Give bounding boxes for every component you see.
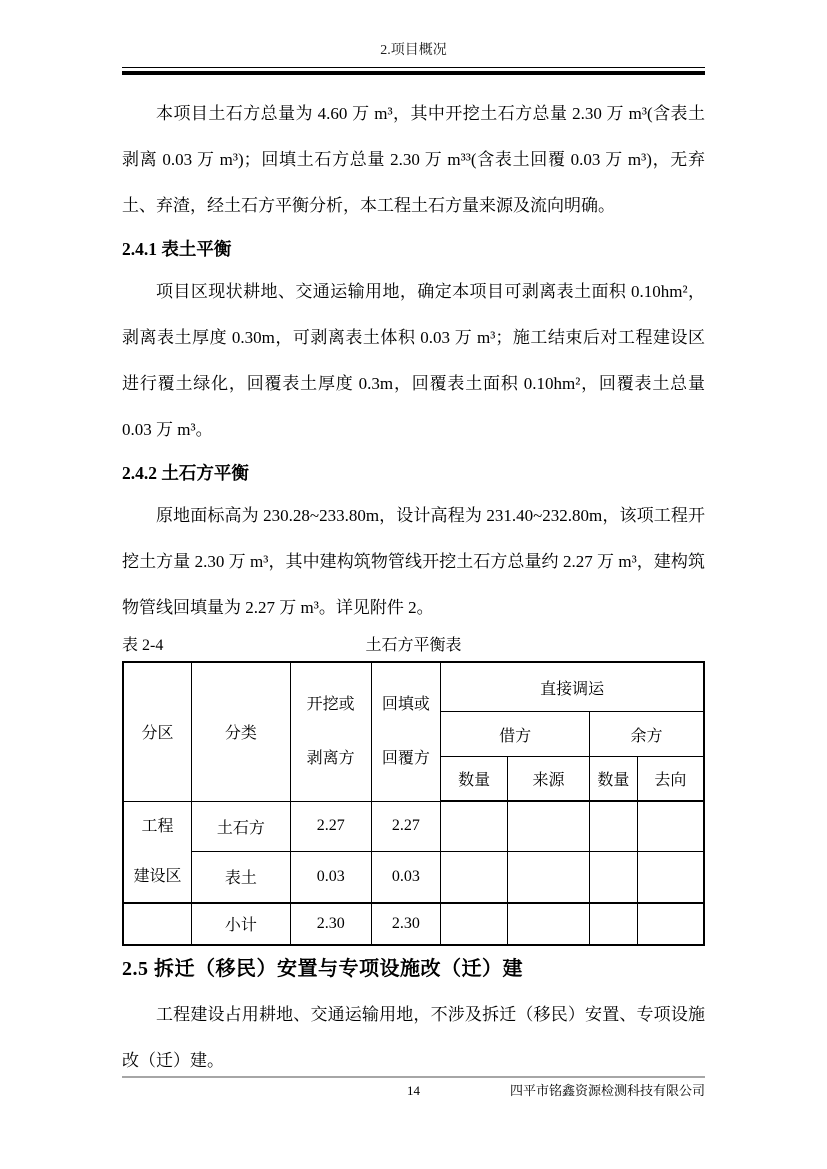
- header-cell-backfill: 回填或 回覆方: [371, 662, 441, 801]
- cell-surplus-quantity: [590, 801, 638, 852]
- document-page: 2.项目概况 本项目土石方总量为 4.60 万 m³，其中开挖土石方总量 2.3…: [0, 0, 827, 1169]
- heading-2-4-1-topsoil-balance: 2.4.1 表土平衡: [122, 229, 705, 269]
- footer-text-row: 14 四平市铭鑫资源检测科技有限公司: [122, 1083, 705, 1099]
- cell-backfill-value: 0.03: [371, 852, 441, 903]
- cell-borrow-source: [508, 801, 590, 852]
- content-column: 2.项目概况 本项目土石方总量为 4.60 万 m³，其中开挖土石方总量 2.3…: [122, 0, 705, 1084]
- table-row-subtotal: 小计 2.30 2.30: [123, 903, 704, 945]
- table-row-topsoil: 表土 0.03 0.03: [123, 852, 704, 903]
- header-cell-excavation: 开挖或 剥离方: [290, 662, 371, 801]
- header-cell-borrow-quantity: 数量: [441, 757, 508, 802]
- header-divider-rule: [122, 67, 705, 75]
- cell-surplus-destination: [637, 903, 704, 945]
- footer-divider-rule: [122, 1076, 705, 1078]
- document-body: 本项目土石方总量为 4.60 万 m³，其中开挖土石方总量 2.30 万 m³(…: [122, 91, 705, 1084]
- paragraph-relocation: 工程建设占用耕地、交通运输用地，不涉及拆迁（移民）安置、专项设施改（迁）建。: [122, 992, 705, 1084]
- cell-zone-empty: [123, 903, 192, 945]
- cell-borrow-quantity: [441, 852, 508, 903]
- table-row-earthrock: 工程 建设区 土石方 2.27 2.27: [123, 801, 704, 852]
- heading-2-5-relocation: 2.5 拆迁（移民）安置与专项设施改（迁）建: [122, 946, 705, 992]
- cell-category-topsoil: 表土: [192, 852, 291, 903]
- header-cell-surplus-quantity: 数量: [590, 757, 638, 802]
- cell-category-subtotal: 小计: [192, 903, 291, 945]
- cell-borrow-source: [508, 903, 590, 945]
- cell-zone-construction-area: 工程 建设区: [123, 801, 192, 903]
- header-cell-borrow-source: 来源: [508, 757, 590, 802]
- paragraph-earthwork-intro: 本项目土石方总量为 4.60 万 m³，其中开挖土石方总量 2.30 万 m³(…: [122, 91, 705, 229]
- earthwork-balance-table: 分区 分类 开挖或 剥离方 回填或 回覆方 直接调运 借方 余方 数量 来源 数…: [122, 661, 705, 946]
- cell-surplus-quantity: [590, 852, 638, 903]
- cell-surplus-destination: [637, 852, 704, 903]
- cell-borrow-quantity: [441, 801, 508, 852]
- footer-company-name: 四平市铭鑫资源检测科技有限公司: [510, 1083, 705, 1099]
- heading-2-4-2-earthwork-balance: 2.4.2 土石方平衡: [122, 453, 705, 493]
- cell-backfill-value: 2.27: [371, 801, 441, 852]
- cell-excavation-value: 0.03: [290, 852, 371, 903]
- paragraph-topsoil-balance: 项目区现状耕地、交通运输用地，确定本项目可剥离表土面积 0.10hm²，剥离表土…: [122, 269, 705, 453]
- cell-category-earthrock: 土石方: [192, 801, 291, 852]
- page-header: 2.项目概况: [122, 0, 705, 75]
- header-cell-category: 分类: [192, 662, 291, 801]
- cell-borrow-quantity: [441, 903, 508, 945]
- cell-backfill-value: 2.30: [371, 903, 441, 945]
- header-cell-surplus: 余方: [590, 712, 705, 757]
- header-cell-zone: 分区: [123, 662, 192, 801]
- cell-surplus-destination: [637, 801, 704, 852]
- running-header-title: 2.项目概况: [122, 0, 705, 60]
- header-cell-borrow: 借方: [441, 712, 590, 757]
- cell-borrow-source: [508, 852, 590, 903]
- table-caption: 表 2-4 土石方平衡表: [122, 631, 705, 661]
- cell-excavation-value: 2.27: [290, 801, 371, 852]
- table-header-row-1: 分区 分类 开挖或 剥离方 回填或 回覆方 直接调运: [123, 662, 704, 712]
- header-cell-surplus-destination: 去向: [637, 757, 704, 802]
- table-caption-title: 土石方平衡表: [122, 631, 705, 661]
- cell-surplus-quantity: [590, 903, 638, 945]
- header-cell-direct-transfer: 直接调运: [441, 662, 704, 712]
- paragraph-earthwork-balance: 原地面标高为 230.28~233.80m，设计高程为 231.40~232.8…: [122, 493, 705, 631]
- page-footer: 14 四平市铭鑫资源检测科技有限公司: [122, 1076, 705, 1099]
- cell-excavation-value: 2.30: [290, 903, 371, 945]
